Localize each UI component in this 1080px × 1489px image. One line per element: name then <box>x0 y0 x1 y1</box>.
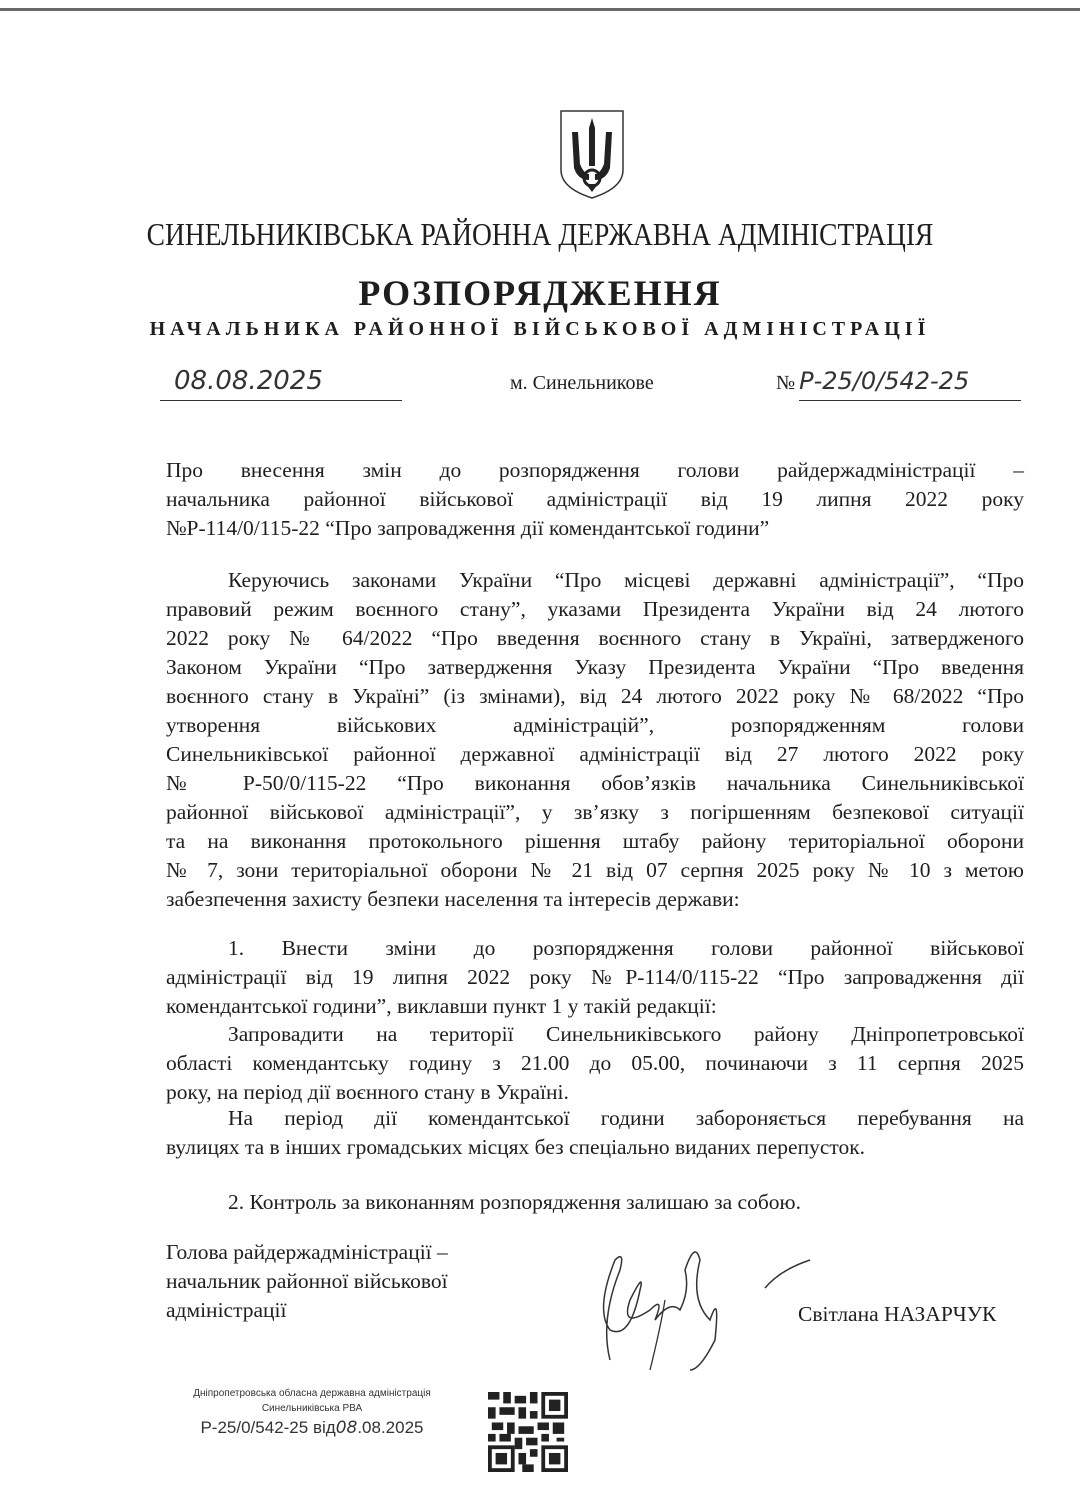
stamp-line-region: Дніпропетровська обласна державна адміні… <box>172 1388 452 1399</box>
coat-of-arms-icon <box>558 108 626 200</box>
number-value: Р-25/0/542-25 <box>799 362 1021 401</box>
text-line: 1. Внести зміни до розпорядження голови … <box>166 934 1024 963</box>
position-line: Голова райдержадміністрації – <box>166 1238 448 1267</box>
signatory-name: Світлана НАЗАРЧУК <box>798 1302 996 1327</box>
text-line: Керуючись законами України “Про місцеві … <box>166 566 1024 595</box>
registration-stamp: Дніпропетровська обласна державна адміні… <box>172 1388 452 1438</box>
preamble-paragraph: Керуючись законами України “Про місцеві … <box>166 566 1024 914</box>
text-line: 2022 року № 64/2022 “Про введення воєнно… <box>166 624 1024 653</box>
text-line: Запровадити на території Синельниківсько… <box>166 1020 1024 1049</box>
text-line: утворення військових адміністрацій”, роз… <box>166 711 1024 740</box>
curfew-paragraph: Запровадити на території Синельниківсько… <box>166 1020 1024 1107</box>
qr-code-icon <box>486 1392 570 1472</box>
text-line: На період дії комендантської години забо… <box>166 1104 1024 1133</box>
text-line: № 7, зони територіальної оборони № 21 ві… <box>166 856 1024 885</box>
text-line: 2. Контроль за виконанням розпорядження … <box>166 1188 1024 1217</box>
text-line: Про внесення змін до розпорядження голов… <box>166 456 1024 485</box>
prohibition-paragraph: На період дії комендантської години забо… <box>166 1104 1024 1162</box>
subject-paragraph: Про внесення змін до розпорядження голов… <box>166 456 1024 543</box>
text-line: комендантської години”, виклавши пункт 1… <box>166 992 1024 1021</box>
stamp-from: від <box>313 1418 336 1437</box>
text-line: року, на період дії воєнного стану в Укр… <box>166 1078 1024 1107</box>
scan-top-edge <box>0 8 1080 11</box>
position-line: адміністрації <box>166 1296 448 1325</box>
handwritten-signature <box>570 1230 820 1380</box>
text-line: районної військової адміністрації”, у зв… <box>166 798 1024 827</box>
stamp-registration-number: Р-25/0/542-25 від08.08.2025 <box>172 1418 452 1438</box>
stamp-date-handwritten: 08 <box>336 1418 358 1438</box>
stamp-number: Р-25/0/542-25 <box>200 1418 308 1437</box>
number-sign: № <box>776 372 795 394</box>
document-city: м. Синельникове <box>510 372 654 395</box>
text-line: начальника районної військової адміністр… <box>166 485 1024 514</box>
item-1-paragraph: 1. Внести зміни до розпорядження голови … <box>166 934 1024 1021</box>
stamp-date-printed: .08.2025 <box>357 1418 423 1437</box>
document-type: РОЗПОРЯДЖЕННЯ <box>0 272 1080 314</box>
text-line: області комендантську годину з 21.00 до … <box>166 1049 1024 1078</box>
text-line: правовий режим воєнного стану”, указами … <box>166 595 1024 624</box>
text-line: Синельниківської районної державної адмі… <box>166 740 1024 769</box>
text-line: № Р-50/0/115-22 “Про виконання обов’язкі… <box>166 769 1024 798</box>
organization-name: СИНЕЛЬНИКІВСЬКА РАЙОННА ДЕРЖАВНА АДМІНІС… <box>76 216 1005 253</box>
position-line: начальник районної військової <box>166 1267 448 1296</box>
text-line: адміністрації від 19 липня 2022 року №Р-… <box>166 963 1024 992</box>
document-number: № Р-25/0/542-25 <box>776 362 1021 400</box>
item-2-paragraph: 2. Контроль за виконанням розпорядження … <box>166 1188 1024 1217</box>
text-line: Законом України “Про затвердження Указу … <box>166 653 1024 682</box>
document-subtype: НАЧАЛЬНИКА РАЙОННОЇ ВІЙСЬКОВОЇ АДМІНІСТР… <box>0 318 1080 341</box>
text-line: воєнного стану в Україні” (із змінами), … <box>166 682 1024 711</box>
text-line: забезпечення захисту безпеки населення т… <box>166 885 1024 914</box>
text-line: вулицях та в інших громадських місцях бе… <box>166 1133 1024 1162</box>
document-date: 08.08.2025 <box>160 362 402 401</box>
text-line: та на виконання протокольного рішення шт… <box>166 827 1024 856</box>
text-line: №Р-114/0/115-22 “Про запровадження дії к… <box>166 514 1024 543</box>
signatory-position: Голова райдержадміністрації – начальник … <box>166 1238 448 1325</box>
stamp-line-district: Синельниківська РВА <box>172 1403 452 1414</box>
